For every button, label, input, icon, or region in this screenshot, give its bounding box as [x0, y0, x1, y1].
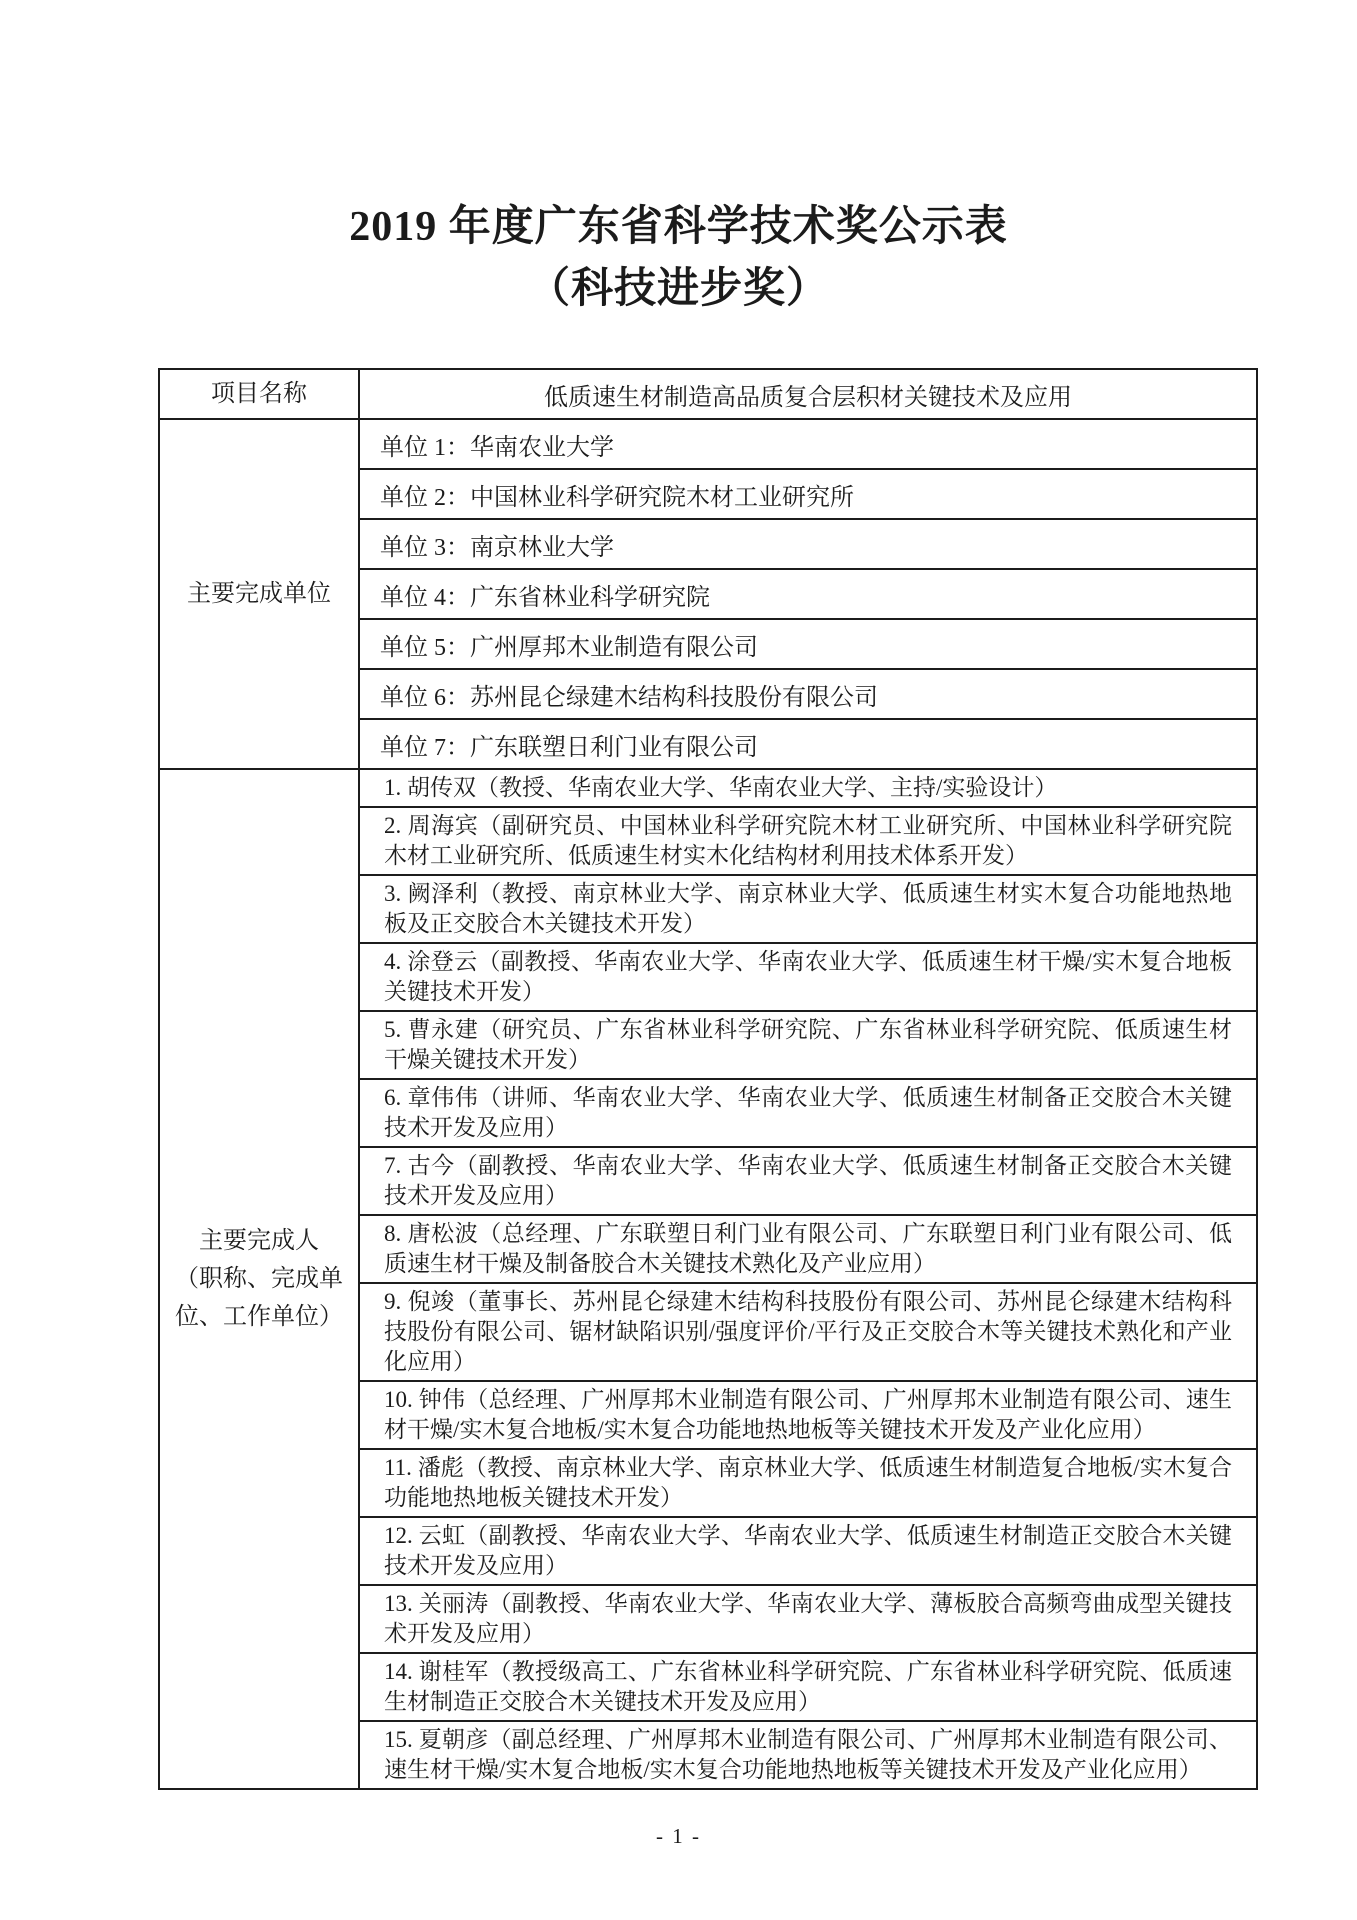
- person-cell: 11. 潘彪（教授、南京林业大学、南京林业大学、低质速生材制造复合地板/实木复合…: [359, 1449, 1257, 1517]
- person-cell: 5. 曹永建（研究员、广东省林业科学研究院、广东省林业科学研究院、低质速生材干燥…: [359, 1011, 1257, 1079]
- unit-cell: 单位 5：广州厚邦木业制造有限公司: [359, 619, 1257, 669]
- person-cell: 12. 云虹（副教授、华南农业大学、华南农业大学、低质速生材制造正交胶合木关键技…: [359, 1517, 1257, 1585]
- person-cell: 10. 钟伟（总经理、广州厚邦木业制造有限公司、广州厚邦木业制造有限公司、速生材…: [359, 1381, 1257, 1449]
- person-cell: 7. 古今（副教授、华南农业大学、华南农业大学、低质速生材制备正交胶合木关键技术…: [359, 1147, 1257, 1215]
- unit-cell: 单位 2：中国林业科学研究院木材工业研究所: [359, 469, 1257, 519]
- unit-cell: 单位 6：苏州昆仑绿建木结构科技股份有限公司: [359, 669, 1257, 719]
- persons-label-line: 主要完成人: [166, 1222, 352, 1260]
- page-subtitle: （科技进步奖）: [0, 260, 1357, 318]
- person-cell: 15. 夏朝彦（副总经理、广州厚邦木业制造有限公司、广州厚邦木业制造有限公司、速…: [359, 1721, 1257, 1789]
- unit-cell: 单位 3：南京林业大学: [359, 519, 1257, 569]
- unit-cell: 单位 7：广东联塑日利门业有限公司: [359, 719, 1257, 769]
- document-page: 2019 年度广东省科学技术奖公示表 （科技进步奖） 项目名称 低质速生材制造高…: [0, 0, 1357, 1920]
- project-name-row: 项目名称 低质速生材制造高品质复合层积材关键技术及应用: [159, 369, 1257, 419]
- persons-label-line: 位、工作单位）: [166, 1298, 352, 1336]
- person-row: 主要完成人 （职称、完成单 位、工作单位） 1. 胡传双（教授、华南农业大学、华…: [159, 769, 1257, 807]
- person-cell: 3. 阙泽利（教授、南京林业大学、南京林业大学、低质速生材实木复合功能地热地板及…: [359, 875, 1257, 943]
- persons-label: 主要完成人 （职称、完成单 位、工作单位）: [159, 769, 359, 1789]
- unit-cell: 单位 1：华南农业大学: [359, 419, 1257, 469]
- project-name-label: 项目名称: [159, 369, 359, 419]
- person-cell: 14. 谢桂军（教授级高工、广东省林业科学研究院、广东省林业科学研究院、低质速生…: [359, 1653, 1257, 1721]
- person-cell: 1. 胡传双（教授、华南农业大学、华南农业大学、主持/实验设计）: [359, 769, 1257, 807]
- persons-label-line: （职称、完成单: [166, 1260, 352, 1298]
- unit-cell: 单位 4：广东省林业科学研究院: [359, 569, 1257, 619]
- units-label: 主要完成单位: [159, 419, 359, 769]
- unit-row: 主要完成单位 单位 1：华南农业大学: [159, 419, 1257, 469]
- page-title: 2019 年度广东省科学技术奖公示表: [0, 198, 1357, 256]
- person-cell: 9. 倪竣（董事长、苏州昆仑绿建木结构科技股份有限公司、苏州昆仑绿建木结构科技股…: [359, 1283, 1257, 1381]
- person-cell: 4. 涂登云（副教授、华南农业大学、华南农业大学、低质速生材干燥/实木复合地板关…: [359, 943, 1257, 1011]
- person-cell: 13. 关丽涛（副教授、华南农业大学、华南农业大学、薄板胶合高频弯曲成型关键技术…: [359, 1585, 1257, 1653]
- person-cell: 2. 周海宾（副研究员、中国林业科学研究院木材工业研究所、中国林业科学研究院木材…: [359, 807, 1257, 875]
- award-table: 项目名称 低质速生材制造高品质复合层积材关键技术及应用 主要完成单位 单位 1：…: [158, 368, 1258, 1790]
- person-cell: 8. 唐松波（总经理、广东联塑日利门业有限公司、广东联塑日利门业有限公司、低质速…: [359, 1215, 1257, 1283]
- project-name-value: 低质速生材制造高品质复合层积材关键技术及应用: [359, 369, 1257, 419]
- person-cell: 6. 章伟伟（讲师、华南农业大学、华南农业大学、低质速生材制备正交胶合木关键技术…: [359, 1079, 1257, 1147]
- page-number: - 1 -: [0, 1824, 1357, 1849]
